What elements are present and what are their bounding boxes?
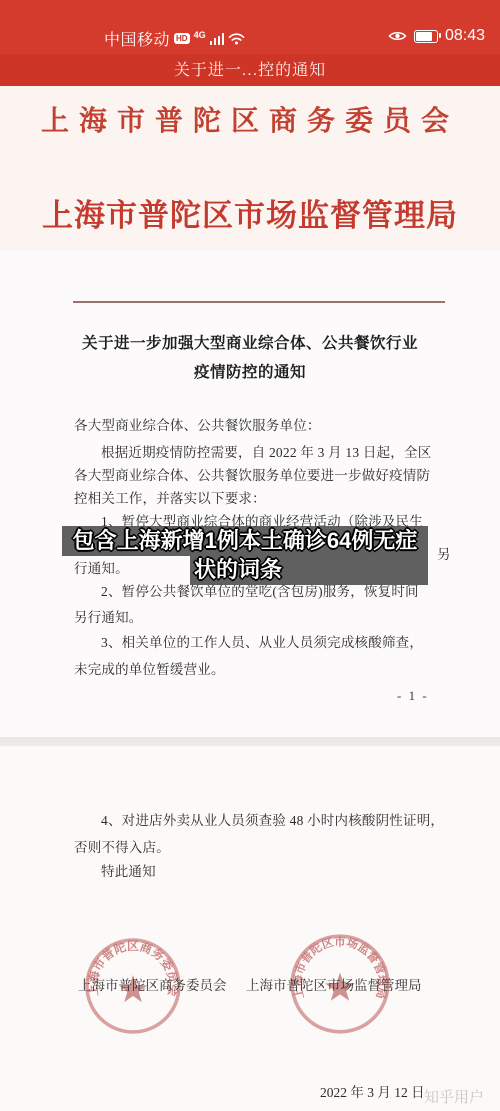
doc-closing: 特此通知 (101, 860, 156, 880)
caption-overlay-line2: 状的词条 (190, 556, 428, 585)
eye-comfort-icon (388, 30, 407, 42)
doc-date: 2022 年 3 月 12 日 (320, 1081, 425, 1101)
clock-label: 08:43 (445, 27, 485, 45)
doc-item3-line1: 3、相关单位的工作人员、从业人员须完成核酸筛查， (101, 631, 423, 651)
doc-para-line1: 根据近期疫情防控需要，自 2022 年 3 月 13 日起，全区 (101, 441, 431, 461)
signature-commerce-commission: 上海市普陀区商务委员会 (78, 974, 227, 994)
carrier-label: 中国移动 (104, 27, 170, 50)
status-left-cluster: 中国移动 HD 4G (104, 27, 245, 50)
doc-item3-line2: 未完成的单位暂缓营业。 (74, 658, 225, 678)
phone-screenshot: 中国移动 HD 4G 08:43 关于进一...控的通知 上海市普陀区商务委员会… (0, 0, 500, 1111)
doc-title-line1: 关于进一步加强大型商业综合体、公共餐饮行业 (0, 331, 500, 353)
page-number: - 1 - (397, 688, 429, 704)
doc-item2-line2: 另行通知。 (74, 606, 143, 626)
doc-para-line2: 各大型商业综合体、公共餐饮服务单位要进一步做好疫情防 (74, 464, 430, 484)
document-page2-background (0, 746, 500, 1111)
letterhead-org-commerce: 上海市普陀区商务委员会 (0, 99, 500, 139)
app-header: 中国移动 HD 4G 08:43 关于进一...控的通知 (0, 0, 500, 86)
document-title-bar[interactable]: 关于进一...控的通知 (0, 57, 500, 80)
doc-item4-line1: 4、对进店外卖从业人员须查验 48 小时内核酸阴性证明， (101, 809, 444, 829)
doc-item1-edge-char: 另 (437, 543, 451, 563)
battery-icon (414, 30, 438, 43)
signal-strength-icon (210, 33, 225, 45)
status-right-cluster: 08:43 (388, 27, 485, 45)
doc-title-line2: 疫情防控的通知 (0, 360, 500, 382)
network-4g-icon: 4G (194, 30, 206, 40)
caption-overlay-line1: 包含上海新增1例本土确诊64例无症 (62, 526, 428, 556)
wifi-icon (228, 32, 245, 45)
doc-salutation: 各大型商业综合体、公共餐饮服务单位： (74, 414, 321, 434)
doc-item4-line2: 否则不得入店。 (74, 836, 170, 856)
doc-para-line3: 控相关工作，并落实以下要求： (74, 487, 266, 507)
letterhead-rule-line (73, 301, 445, 303)
page-break-divider (0, 737, 500, 746)
zhihu-user-watermark: 知乎用户 (424, 1086, 484, 1107)
doc-item1-line3: 行通知。 (74, 557, 129, 577)
signature-market-regulation: 上海市普陀区市场监督管理局 (246, 974, 422, 994)
letterhead-org-market-regulation: 上海市普陀区市场监督管理局 (0, 190, 500, 235)
hd-volte-icon: HD (174, 33, 190, 44)
